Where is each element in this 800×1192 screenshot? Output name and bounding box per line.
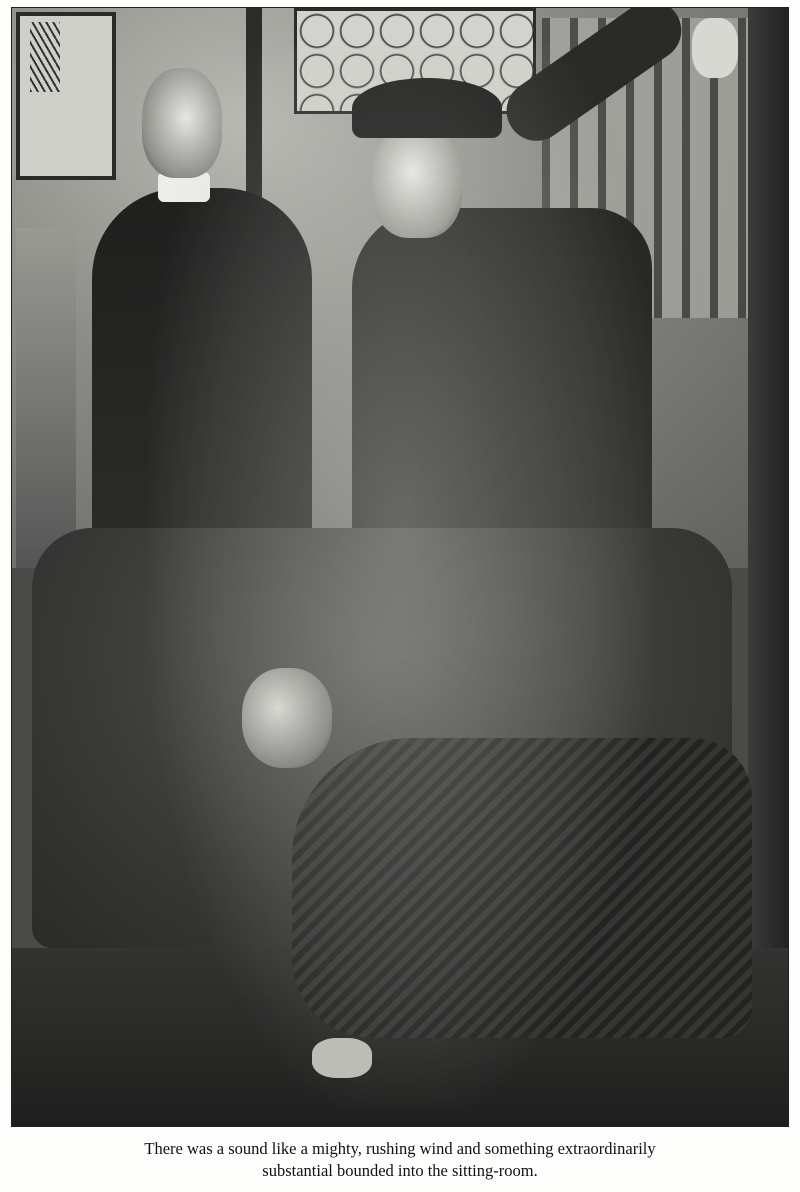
caption-line-1: There was a sound like a mighty, rushing… xyxy=(0,1138,800,1160)
hat-man-fist xyxy=(692,18,738,78)
illustration xyxy=(12,8,788,1126)
caption-line-2: substantial bounded into the sitting-roo… xyxy=(0,1160,800,1182)
ghostly-mist xyxy=(152,48,652,1108)
figure-caption: There was a sound like a mighty, rushing… xyxy=(0,1138,800,1182)
page: There was a sound like a mighty, rushing… xyxy=(0,0,800,1192)
side-cabinet xyxy=(16,228,76,568)
